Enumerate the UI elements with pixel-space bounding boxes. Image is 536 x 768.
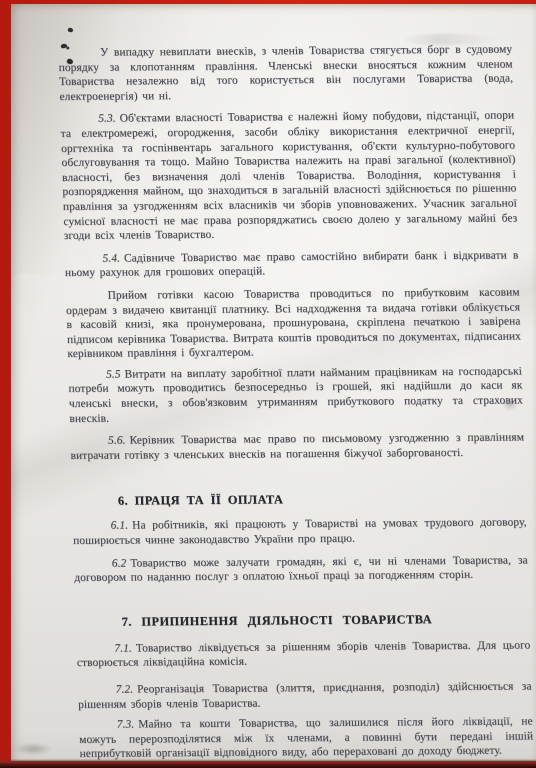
paragraph-text: У випадку невиплати внесків, з членів То…: [58, 43, 513, 102]
paragraph-7-3: 7.3.Майно та кошти Товариства, що залиши…: [79, 715, 534, 762]
section-7-heading: 7. ПРИПИНЕННЯ ДІЯЛЬНОСТІ ТОВАРИСТВА: [75, 610, 529, 630]
scan-smudge: [13, 743, 53, 755]
document-text-block: У випадку невиплати внесків, з членів То…: [58, 42, 534, 762]
scanned-document-page: У випадку невиплати внесків, з членів То…: [0, 0, 536, 768]
paragraph-number: 5.6.: [108, 435, 126, 447]
paragraph-5-6: 5.6.Керівник Товариства має право по пис…: [70, 431, 525, 464]
paragraph-membership-dues: У випадку невиплати внесків, з членів То…: [58, 42, 514, 104]
paragraph-number: 6.2: [112, 557, 127, 569]
paragraph-text: Майно та кошти Товариства, що залишилися…: [79, 716, 533, 761]
paragraph-number: 5.3.: [98, 113, 116, 125]
paragraph-6-2: 6.2Товариство може залучати громадян, як…: [74, 553, 529, 586]
paragraph-number: 7.2.: [115, 684, 133, 696]
paragraph-7-1: 7.1.Товариство ліквідується за рішенням …: [76, 638, 531, 671]
paragraph-number: 7.1.: [114, 642, 132, 654]
paragraph-text: Садівниче Товариство має право самостійн…: [65, 249, 519, 279]
paragraph-5-3: 5.3.Об'єктами власності Товариства є нал…: [60, 109, 518, 244]
section-6-heading: 6. ПРАЦЯ ТА ЇЇ ОПЛАТА: [72, 490, 526, 510]
paragraph-text: Товариство ліквідується за рішенням збор…: [77, 639, 531, 669]
paragraph-number: 7.3.: [117, 719, 135, 731]
paragraph-text: На робітників, які працюють у Товаристві…: [73, 517, 527, 547]
paragraph-cash-handling: Прийом готівки касою Товариства проводит…: [65, 285, 521, 362]
paragraph-text: Реорганізація Товариства (злиття, приєдн…: [78, 680, 532, 710]
paragraph-text: Прийом готівки касою Товариства проводит…: [66, 286, 521, 360]
paragraph-7-2: 7.2.Реорганізація Товариства (злиття, пр…: [77, 679, 532, 712]
paragraph-text: Керівник Товариства має право по письмов…: [70, 432, 524, 462]
paragraph-text: Товариство може залучати громадян, які є…: [74, 554, 528, 584]
paragraph-5-5: 5.5Витрати на виплату заробітної плати н…: [68, 364, 524, 426]
page-bottom-edge-shadow: [0, 759, 536, 768]
staple-mark: [68, 27, 74, 32]
paragraph-text: Об'єктами власності Товариства є належні…: [61, 110, 518, 242]
paragraph-number: 6.1.: [110, 520, 128, 532]
paragraph-text: Витрати на виплату заробітної плати найм…: [68, 365, 523, 424]
paragraph-6-1: 6.1.На робітників, які працюють у Товари…: [72, 516, 527, 549]
paper-sheet: У випадку невиплати внесків, з членів То…: [11, 4, 536, 761]
paragraph-number: 5.4.: [102, 252, 120, 264]
paragraph-number: 5.5: [106, 368, 121, 380]
paragraph-5-4: 5.4.Садівниче Товариство має право самос…: [64, 248, 519, 281]
